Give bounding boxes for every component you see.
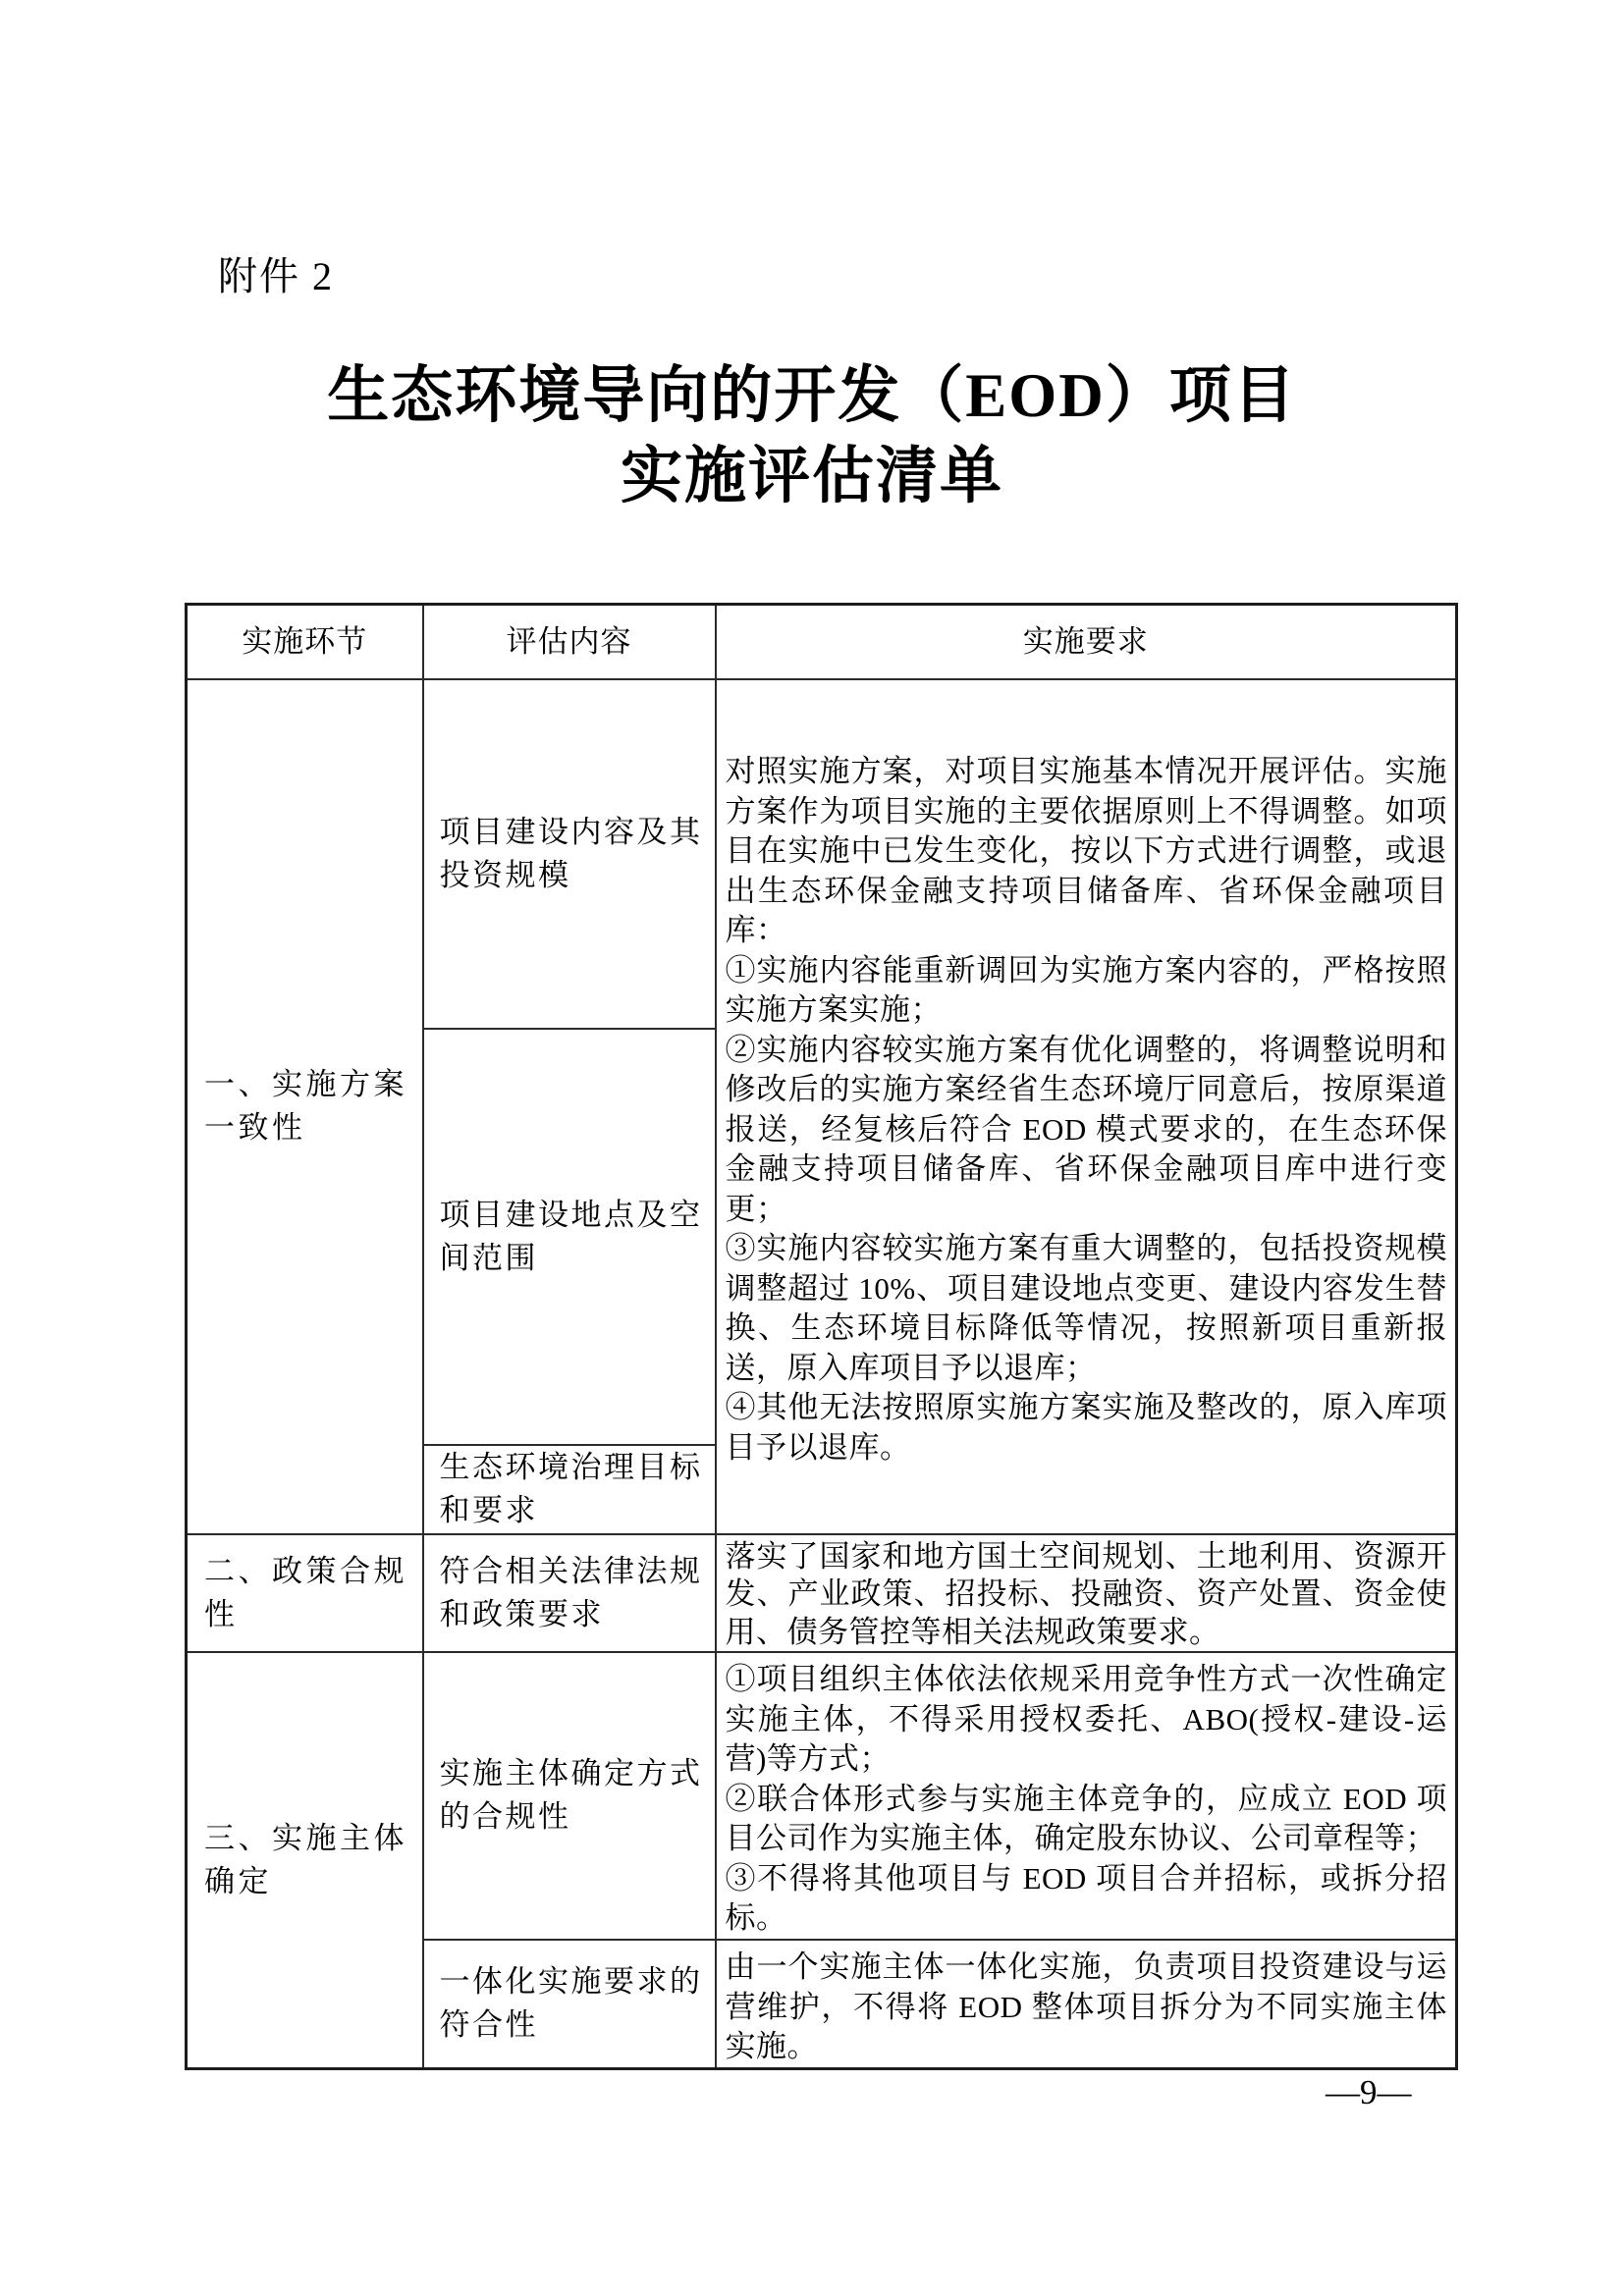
content-cell-1-1: 项目建设内容及其 投资规模	[423, 679, 716, 1029]
content-cell-1-3: 生态环境治理目标 和要求	[423, 1445, 716, 1534]
stage-cell-3: 三、实施主体 确定	[187, 1652, 423, 2069]
requirement-cell-3-2: 由一个实施主体一体化实施，负责项目投资建设与运营维护，不得将 EOD 整体项目拆…	[716, 1940, 1457, 2069]
content-cell-3-1: 实施主体确定方式 的合规性	[423, 1652, 716, 1940]
document-title-line2: 实施评估清单	[0, 436, 1624, 516]
requirement-cell-2: 落实了国家和地方国土空间规划、土地利用、资源开发、产业政策、招投标、投融资、资产…	[716, 1534, 1457, 1653]
table-row: 二、政策合规 性 符合相关法律法规 和政策要求 落实了国家和地方国土空间规划、土…	[187, 1534, 1457, 1653]
requirement-cell-1: 对照实施方案，对项目实施基本情况开展评估。实施方案作为项目实施的主要依据原则上不…	[716, 679, 1457, 1534]
content-cell-1-2: 项目建设地点及空 间范围	[423, 1029, 716, 1445]
table-row: 一、实施方案 一致性 项目建设内容及其 投资规模 对照实施方案，对项目实施基本情…	[187, 679, 1457, 1029]
content-cell-2-1: 符合相关法律法规 和政策要求	[423, 1534, 716, 1653]
header-cell-content: 评估内容	[423, 605, 716, 679]
evaluation-table: 实施环节 评估内容 实施要求 一、实施方案 一致性 项目建设内容及其 投资规模 …	[185, 603, 1458, 2070]
document-title-line1: 生态环境导向的开发（EOD）项目	[0, 355, 1624, 436]
page-number: —9—	[1326, 2073, 1412, 2112]
header-cell-requirement: 实施要求	[716, 605, 1457, 679]
table-row: 三、实施主体 确定 实施主体确定方式 的合规性 ①项目组织主体依法依规采用竞争性…	[187, 1652, 1457, 1940]
requirement-cell-3-1: ①项目组织主体依法依规采用竞争性方式一次性确定实施主体，不得采用授权委托、ABO…	[716, 1652, 1457, 1940]
stage-cell-1: 一、实施方案 一致性	[187, 679, 423, 1534]
content-cell-3-2: 一体化实施要求的 符合性	[423, 1940, 716, 2069]
table-header-row: 实施环节 评估内容 实施要求	[187, 605, 1457, 679]
header-cell-stage: 实施环节	[187, 605, 423, 679]
stage-cell-2: 二、政策合规 性	[187, 1534, 423, 1653]
attachment-label: 附件 2	[218, 245, 334, 301]
document-title: 生态环境导向的开发（EOD）项目 实施评估清单	[0, 355, 1624, 516]
